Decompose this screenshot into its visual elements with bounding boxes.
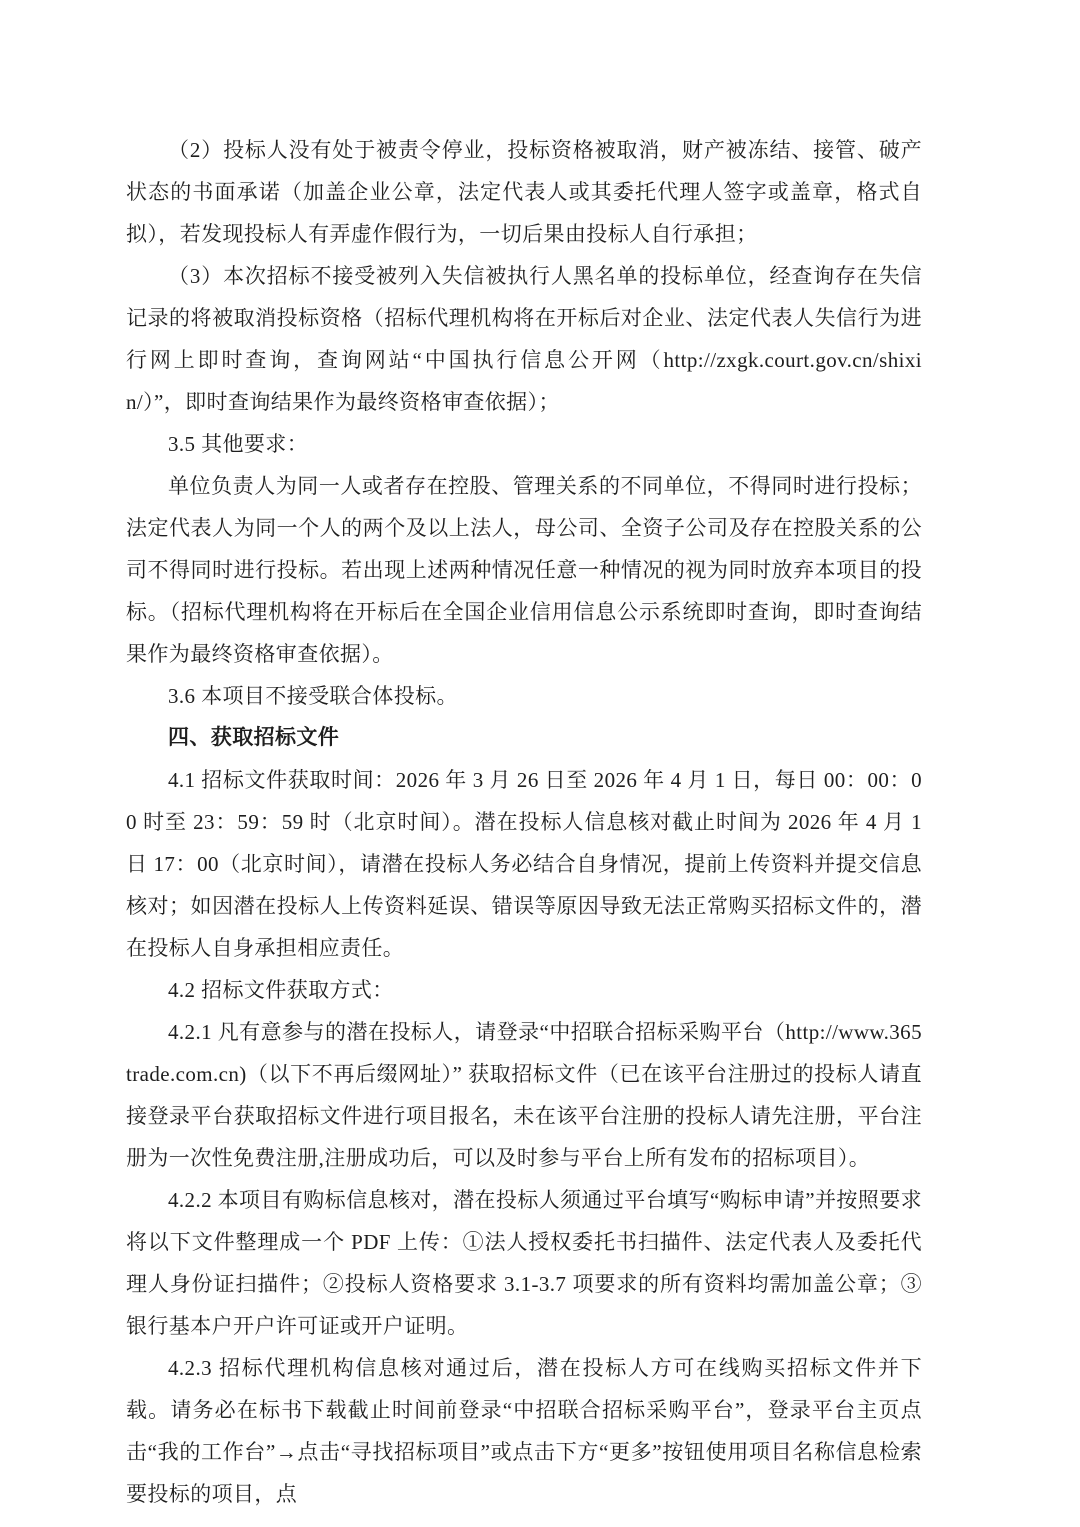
section-3-5-title: 3.5 其他要求： [126, 423, 922, 465]
paragraph-section-4-1: 4.1 招标文件获取时间：2026 年 3 月 26 日至 2026 年 4 月… [126, 759, 922, 969]
paragraph-clause-2: （2）投标人没有处于被责令停业，投标资格被取消，财产被冻结、接管、破产状态的书面… [126, 129, 922, 255]
section-4-heading: 四、获取招标文件 [126, 717, 922, 759]
paragraph-section-3-6: 3.6 本项目不接受联合体投标。 [126, 675, 922, 717]
paragraph-section-4-2-3: 4.2.3 招标代理机构信息核对通过后，潜在投标人方可在线购买招标文件并下载。请… [126, 1347, 922, 1515]
paragraph-section-4-2-2: 4.2.2 本项目有购标信息核对，潜在投标人须通过平台填写“购标申请”并按照要求… [126, 1179, 922, 1347]
paragraph-section-4-2-1: 4.2.1 凡有意参与的潜在投标人，请登录“中招联合招标采购平台（http://… [126, 1011, 922, 1179]
section-4-2-title: 4.2 招标文件获取方式： [126, 969, 922, 1011]
paragraph-clause-3: （3）本次招标不接受被列入失信被执行人黑名单的投标单位，经查询存在失信记录的将被… [126, 255, 922, 423]
document-page: （2）投标人没有处于被责令停业，投标资格被取消，财产被冻结、接管、破产状态的书面… [0, 0, 1080, 1527]
paragraph-other-requirements: 单位负责人为同一人或者存在控股、管理关系的不同单位，不得同时进行投标；法定代表人… [126, 465, 922, 675]
